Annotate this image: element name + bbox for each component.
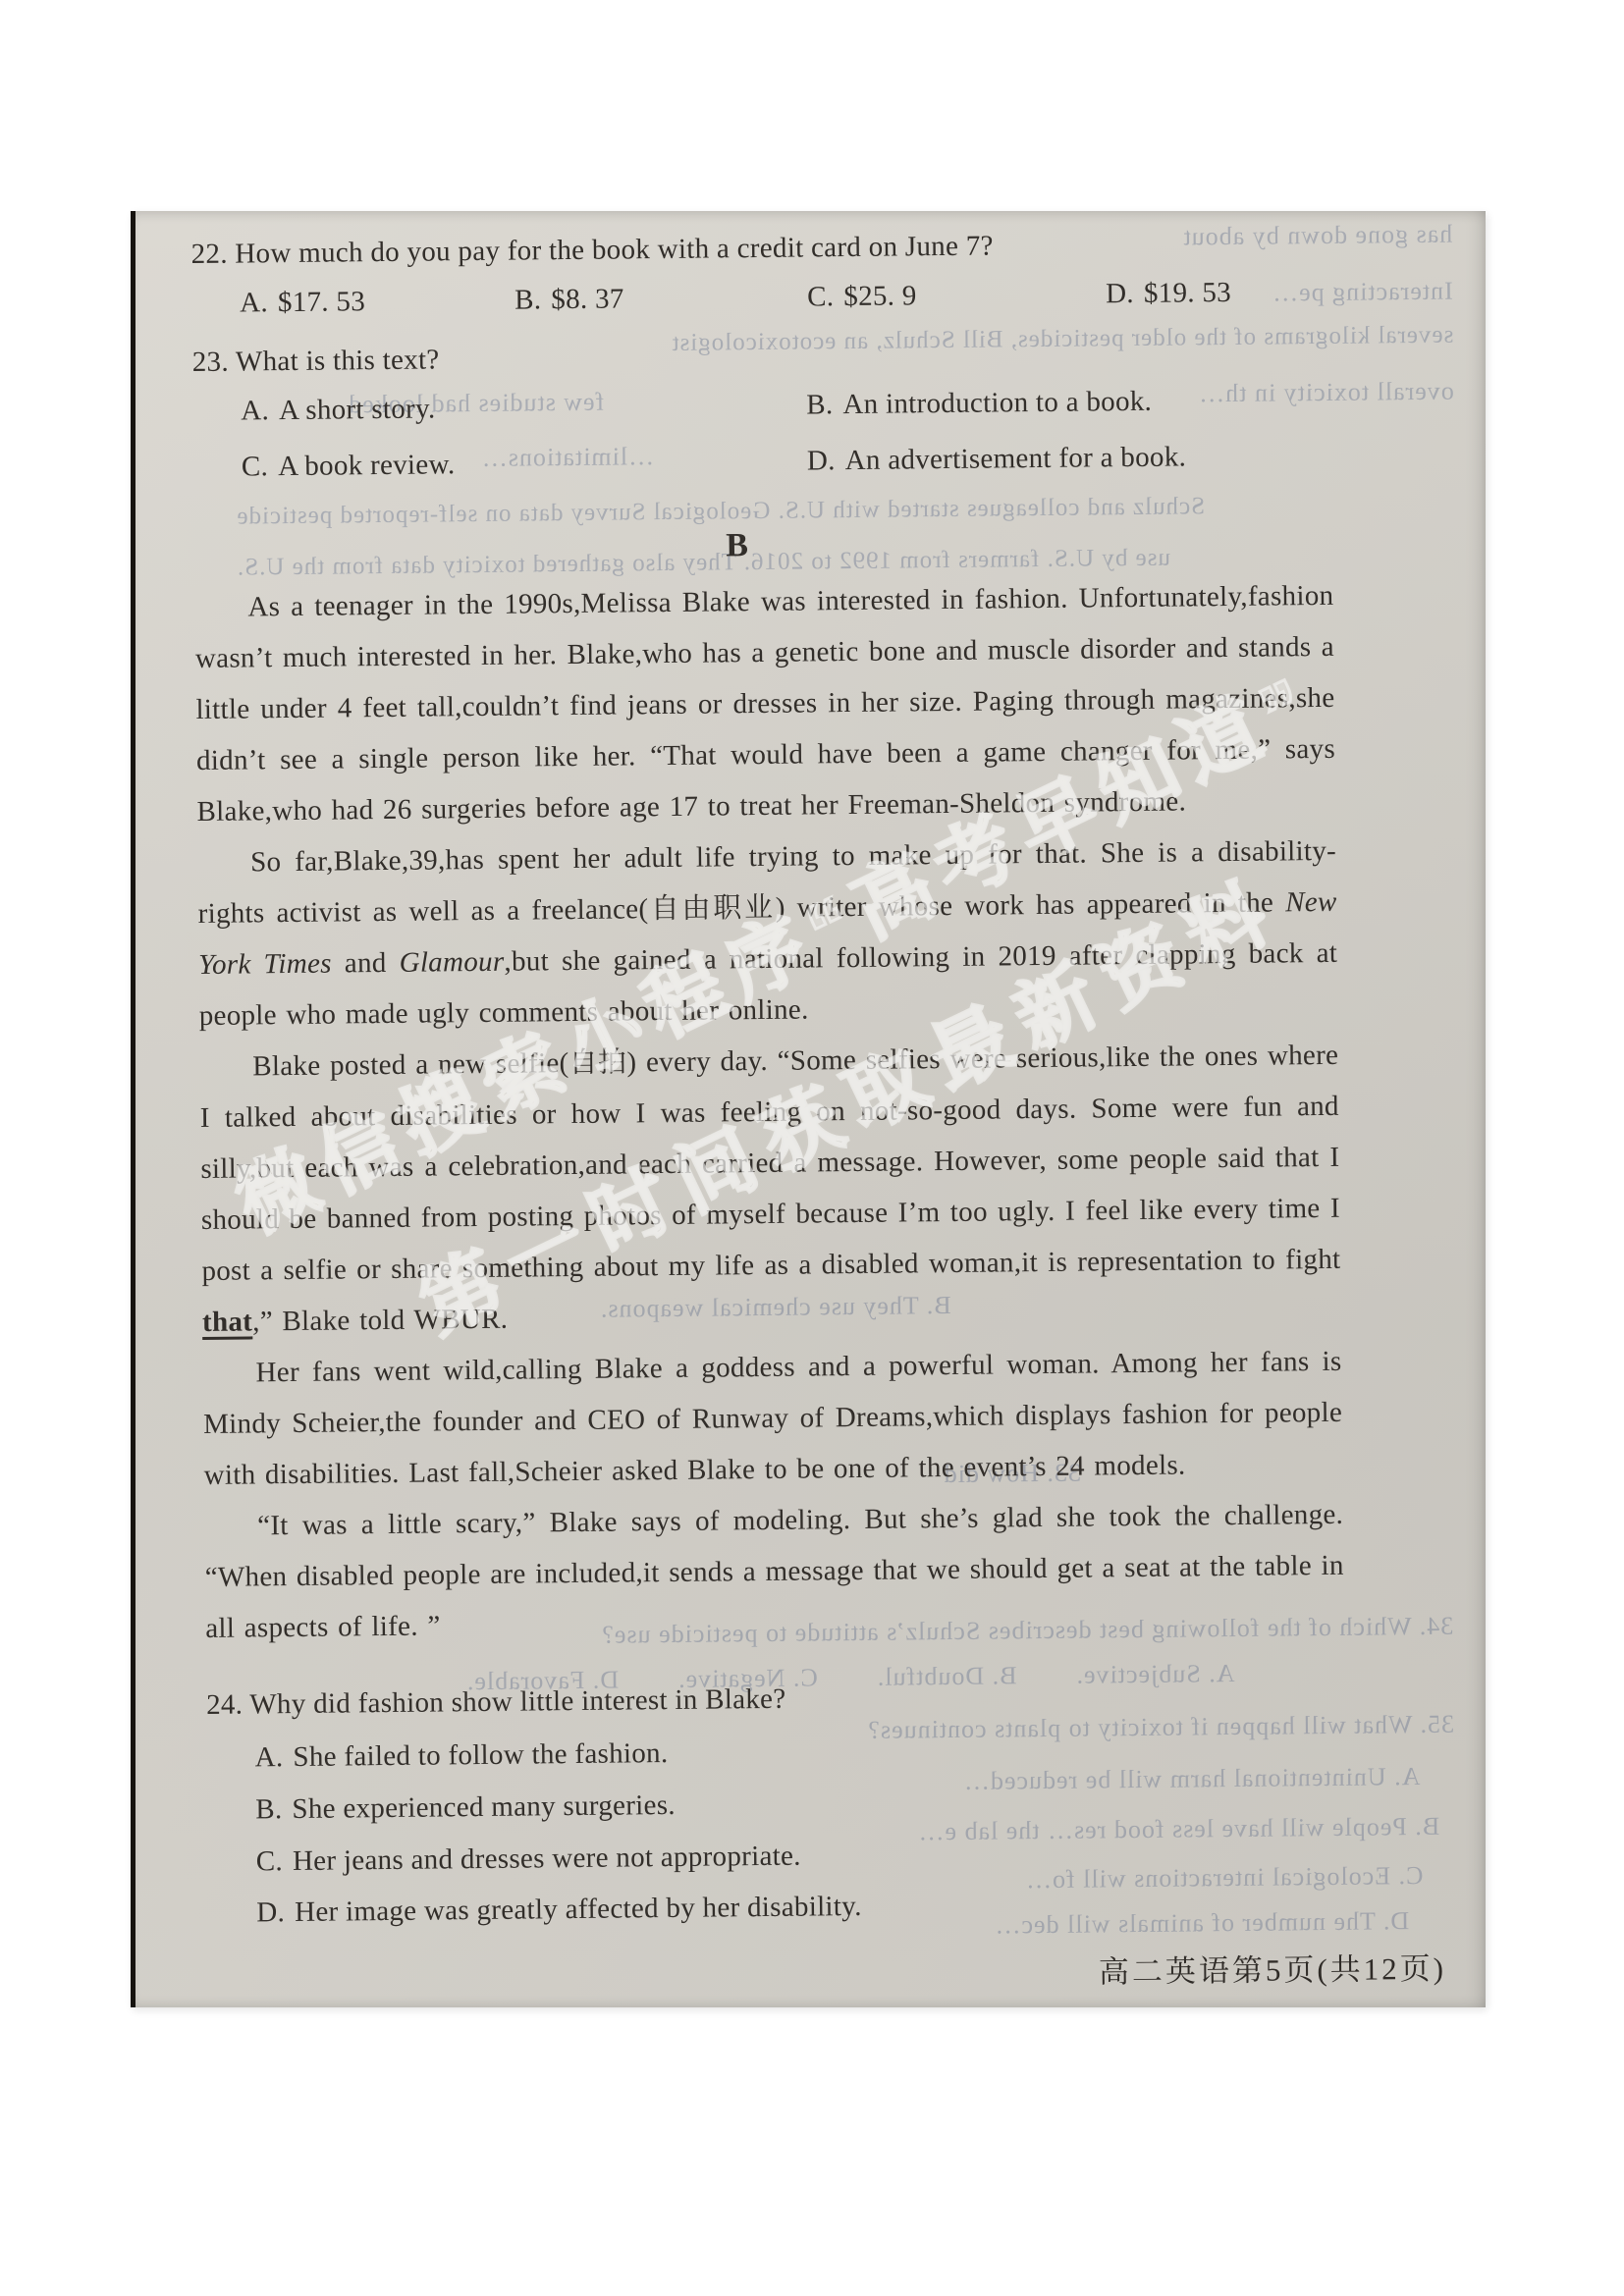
option-text: $17. 53: [278, 286, 365, 318]
passage-paragraph-1: As a teenager in the 1990s,Melissa Blake…: [194, 570, 1336, 837]
option-label: A.: [254, 1741, 283, 1773]
option-text: An introduction to a book.: [842, 386, 1152, 420]
question-23-options-row1: A.A short story. B.An introduction to a …: [192, 384, 1331, 447]
question-22: 22. How much do you pay for the book wit…: [190, 230, 993, 271]
option-label: B.: [514, 284, 542, 315]
option-label: A.: [241, 395, 269, 426]
option-label: D.: [256, 1896, 285, 1928]
option-text: Her jeans and dresses were not appropria…: [293, 1841, 801, 1877]
option-label: B.: [255, 1793, 283, 1825]
option-text: Her image was greatly affected by her di…: [295, 1891, 862, 1928]
page-footer: 高二英语第5页(共12页): [700, 1944, 1446, 1996]
option-d: D.Her image was greatly affected by her …: [256, 1891, 862, 1929]
option-text: $8. 37: [551, 283, 624, 315]
option-b: B.An introduction to a book.: [806, 386, 1152, 422]
section-b-header: B: [194, 521, 1280, 570]
option-d: D.$19. 53: [1106, 277, 1231, 310]
paragraph-text: Blake posted a new selfie(自拍) every day.…: [200, 1040, 1341, 1287]
option-label: C.: [807, 281, 835, 312]
paragraph-text: As a teenager in the 1990s,Melissa Blake…: [195, 580, 1335, 828]
option-text: An advertisement for a book.: [844, 441, 1186, 476]
option-text: She experienced many surgeries.: [292, 1789, 676, 1825]
exam-content: 22. How much do you pay for the book wit…: [190, 199, 1348, 2007]
passage-paragraph-2: So far,Blake,39,has spent her adult life…: [197, 826, 1338, 1041]
option-a: A.$17. 53: [240, 286, 365, 319]
question-22-options: A.$17. 53 B.$8. 37 C.$25. 9 D.$19. 53: [191, 276, 1330, 339]
option-c: C.$25. 9: [807, 280, 917, 313]
option-label: A.: [240, 287, 268, 318]
option-b: B.She experienced many surgeries.: [255, 1789, 676, 1826]
option-label: C.: [256, 1845, 284, 1877]
question-number: 22.: [190, 239, 227, 270]
paragraph-text: “It was a little scary,” Blake says of m…: [205, 1499, 1344, 1644]
option-label: D.: [807, 445, 836, 476]
exam-page: has gone down by about Interacting pe… s…: [131, 211, 1486, 2007]
paragraph-text: So far,Blake,39,has spent her adult life…: [197, 835, 1336, 930]
option-c: C.A book review.: [242, 449, 456, 483]
question-text: How much do you pay for the book with a …: [235, 230, 994, 269]
passage-paragraph-5: “It was a little scary,” Blake says of m…: [204, 1489, 1345, 1654]
page-tilt-wrapper: has gone down by about Interacting pe… s…: [135, 197, 1498, 2007]
question-text: What is this text?: [236, 344, 440, 377]
option-a: A.A short story.: [241, 393, 436, 427]
option-text: A short story.: [279, 393, 436, 426]
option-text: $25. 9: [843, 280, 917, 312]
question-23-options-row2: C.A book review. D.An advertisement for …: [193, 440, 1332, 503]
passage-paragraph-3: Blake posted a new selfie(自拍) every day.…: [199, 1030, 1341, 1348]
underlined-word: that: [202, 1306, 252, 1338]
option-label: B.: [806, 389, 834, 420]
question-number: 23.: [192, 347, 229, 378]
option-text: She failed to follow the fashion.: [293, 1737, 668, 1773]
option-label: D.: [1106, 278, 1134, 309]
photo-background: has gone down by about Interacting pe… s…: [0, 0, 1624, 2296]
option-label: C.: [242, 451, 269, 482]
paragraph-text: and: [332, 947, 400, 980]
option-text: $19. 53: [1144, 277, 1231, 309]
option-d: D.An advertisement for a book.: [807, 441, 1187, 477]
question-24: 24. Why did fashion show little interest…: [206, 1683, 786, 1722]
option-text: A book review.: [278, 449, 456, 482]
paragraph-text: Her fans went wild,calling Blake a godde…: [203, 1346, 1342, 1491]
question-text: Why did fashion show little interest in …: [249, 1683, 785, 1721]
question-number: 24.: [206, 1689, 243, 1721]
paragraph-text: ,” Blake told WBUR.: [252, 1304, 508, 1338]
option-a: A.She failed to follow the fashion.: [254, 1737, 668, 1774]
question-23: 23. What is this text?: [192, 344, 440, 379]
option-c: C.Her jeans and dresses were not appropr…: [256, 1841, 801, 1879]
passage-paragraph-4: Her fans went wild,calling Blake a godde…: [202, 1336, 1343, 1501]
italic-title: Glamour: [399, 946, 504, 979]
option-b: B.$8. 37: [514, 283, 624, 316]
